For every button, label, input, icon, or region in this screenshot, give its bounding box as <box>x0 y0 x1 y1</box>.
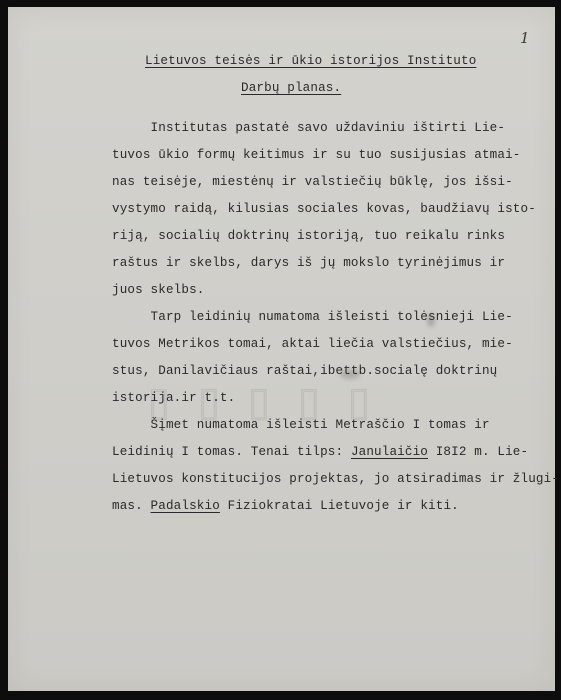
paragraph-1-line-4: vystymo raidą, kilusias sociales kovas, … <box>112 202 536 216</box>
paragraph-2-line-1: Tarp leidinių numatoma išleisti tolėsnie… <box>112 310 513 324</box>
paragraph-3-line-3: Lietuvos konstitucijos projektas, jo ats… <box>112 472 559 486</box>
paragraph-3-line-2-tail: I8I2 m. Lie- <box>428 445 528 459</box>
document-title: Lietuvos teisės ir ūkio istorijos Instit… <box>145 54 476 68</box>
paragraph-1-line-5: riją, socialių doktrinų istoriją, tuo re… <box>112 229 505 243</box>
paragraph-2-line-3: stus, Danilavičiaus raštai,ibettb.social… <box>112 364 497 378</box>
paragraph-3-line-4: mas. Padalskio Fiziokratai Lietuvoje ir … <box>112 499 459 513</box>
paragraph-1-line-6: raštus ir skelbs, darys iš jų mokslo tyr… <box>112 256 505 270</box>
handwritten-page-number: 1 <box>520 29 530 47</box>
paragraph-3-line-4-text: mas. <box>112 499 151 513</box>
document-subtitle: Darbų planas. <box>241 81 341 95</box>
paragraph-3-line-1: Šįmet numatoma išleisti Metraščio I toma… <box>112 418 490 432</box>
document-page: ▯▯▯▯▯ 1 Lietuvos teisės ir ūkio istorijo… <box>8 7 555 691</box>
paragraph-3-line-2-text: Leidinių I tomas. Tenai tilps: <box>112 445 351 459</box>
paragraph-1-line-3: nas teisėje, miestėnų ir valstiečių būkl… <box>112 175 513 189</box>
paragraph-1-line-2: tuvos ūkio formų keitimus ir su tuo susi… <box>112 148 521 162</box>
paragraph-1-line-1: Institutas pastatė savo uždaviniu ištirt… <box>112 121 505 135</box>
paragraph-3-line-4-tail: Fiziokratai Lietuvoje ir kiti. <box>220 499 459 513</box>
paragraph-2-line-4: istorija.ir t.t. <box>112 391 235 405</box>
paragraph-1-line-7: juos skelbs. <box>112 283 205 297</box>
paragraph-2-line-2: tuvos Metrikos tomai, aktai liečia valst… <box>112 337 513 351</box>
underlined-author-janulaitis: Janulaičio <box>351 445 428 459</box>
underlined-author-padalskis: Padalskio <box>151 499 220 513</box>
paragraph-3-line-2: Leidinių I tomas. Tenai tilps: Janulaiči… <box>112 445 528 459</box>
